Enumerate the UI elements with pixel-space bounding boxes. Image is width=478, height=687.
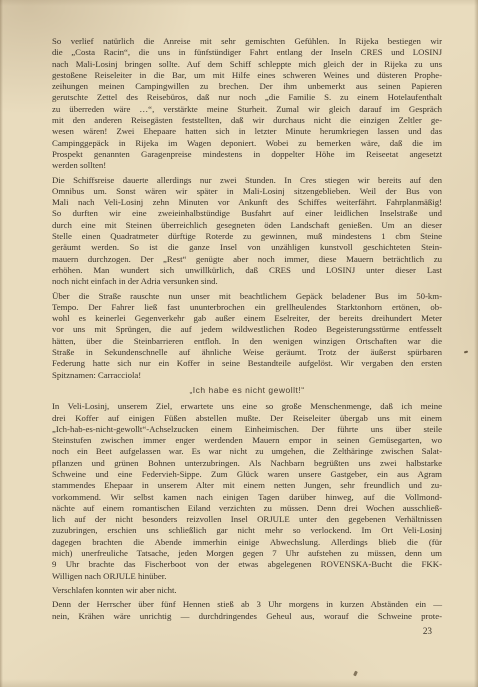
text-line: hätten, über die Steinbarrieren entfloh.… bbox=[52, 336, 442, 347]
text-line: geräumt werden. So ist die ganze Insel v… bbox=[52, 242, 442, 253]
text-line: zu überreden wäre …“, verstärkte meine S… bbox=[52, 104, 442, 115]
book-page: So verlief natürlich die Anreise mit seh… bbox=[0, 0, 478, 687]
text-line: Denn der Herrscher über fünf Hennen stie… bbox=[52, 599, 442, 610]
text-line: Steinstufen zwischen immer enger werdend… bbox=[52, 435, 442, 446]
text-line: In Veli-Losinj, unserem Ziel, erwartete … bbox=[52, 401, 442, 412]
text-line: noch nicht einfach in der Adria versunke… bbox=[52, 276, 442, 287]
text-line: Verschlafen konnten wir aber nicht. bbox=[52, 585, 442, 596]
text-block: So verlief natürlich die Anreise mit seh… bbox=[52, 36, 442, 622]
text-line: noch ein Beet aufgelassen war. Es war ni… bbox=[52, 446, 442, 457]
text-line: zuzubringen, erschien uns schließlich ga… bbox=[52, 525, 442, 536]
paragraph: In Veli-Losinj, unserem Ziel, erwartete … bbox=[52, 401, 442, 582]
section-heading: „Ich habe es nicht gewollt!“ bbox=[52, 385, 442, 396]
text-line: wesen wären! Zwei Ehepaare hatten sich i… bbox=[52, 126, 442, 137]
text-line: „Ich-hab-es-nicht-gewollt“-Achselzucken … bbox=[52, 424, 442, 435]
text-line: pflanzen und grünen Bohnen unterzubringe… bbox=[52, 458, 442, 469]
text-line: Die Schiffsreise dauerte allerdings nur … bbox=[52, 175, 442, 186]
text-line: stammendes Ehepaar in unserem Alter mit … bbox=[52, 480, 442, 491]
paragraph: Die Schiffsreise dauerte allerdings nur … bbox=[52, 175, 442, 288]
paper-speck bbox=[464, 351, 468, 354]
text-line: wohl es keinerlei Gegenverkehr gab außer… bbox=[52, 313, 442, 324]
text-line: Federung hatte sich nur ein Koffer in se… bbox=[52, 358, 442, 369]
text-line: nächte auf einem romantischen Eiland ver… bbox=[52, 503, 442, 514]
paragraph: Verschlafen konnten wir aber nicht. bbox=[52, 585, 442, 596]
text-line: mit den anderen Reisegästen feststellten… bbox=[52, 115, 442, 126]
text-line: Schweine und eine Federvieh-Sippe. Zum G… bbox=[52, 469, 442, 480]
text-line: vor uns mit Sprüngen, die auf jedem wild… bbox=[52, 324, 442, 335]
text-line: nach Mali-Losinj bringen sollte. Auf dem… bbox=[52, 59, 442, 70]
text-line: Campinggepäck in Rijeka im Wagen deponie… bbox=[52, 138, 442, 149]
text-line: zeihungen meinen Campingwillen zu breche… bbox=[52, 81, 442, 92]
paragraph: Über die Straße rauschte nun unser mit b… bbox=[52, 291, 442, 381]
text-line: gestoßene Reiseleiter in die Bar, um mit… bbox=[52, 70, 442, 81]
text-line: Spitznamen: Carracciola! bbox=[52, 370, 442, 381]
text-line: werden sollten! bbox=[52, 160, 442, 171]
paragraph: So verlief natürlich die Anreise mit seh… bbox=[52, 36, 442, 172]
text-line: mauern durchzogen. Der „Rest“ genügte ab… bbox=[52, 254, 442, 265]
text-line: nein, Krähen wäre unrichtig — durchdring… bbox=[52, 611, 442, 622]
text-line: dagegen brachten die Abende immerhin ein… bbox=[52, 537, 442, 548]
text-line: durch eine mit Steinen überreichlich ges… bbox=[52, 220, 442, 231]
text-line: Über die Straße rauschte nun unser mit b… bbox=[52, 291, 442, 302]
text-line: 9 Uhr brachte das Fischerboot von der et… bbox=[52, 559, 442, 570]
paper-speck bbox=[353, 671, 358, 677]
page-number: 23 bbox=[423, 626, 432, 636]
text-line: So verlief natürlich die Anreise mit seh… bbox=[52, 36, 442, 47]
text-line: die „Costa Racin“, die uns in fünfstündi… bbox=[52, 47, 442, 58]
text-line: gerutschte Zettel des Reisebüros, daß nu… bbox=[52, 92, 442, 103]
text-line: Tempo. Der Fahrer ließ fast ununterbroch… bbox=[52, 302, 442, 313]
text-line: Prospekt genannten Garagenpreise mindest… bbox=[52, 149, 442, 160]
text-line: Mali nach Veli-Losinj zehn Minuten vor A… bbox=[52, 197, 442, 208]
text-line: Straße in Sekundenschnelle auf ähnliche … bbox=[52, 347, 442, 358]
text-line: Stelle einen Quadratmeter dürftige Roter… bbox=[52, 231, 442, 242]
text-line: vorkommend. Wir selbst kamen nach einige… bbox=[52, 492, 442, 503]
text-line: mich) unerfreuliche Tatsache, jeden Morg… bbox=[52, 548, 442, 559]
paragraph: Denn der Herrscher über fünf Hennen stie… bbox=[52, 599, 442, 622]
text-line: Omnibus um. Sonst wären wir später in Ma… bbox=[52, 186, 442, 197]
text-line: erhöhen. Man wundert sich unwillkürlich,… bbox=[52, 265, 442, 276]
text-line: lich auf der nicht besonders reizvollen … bbox=[52, 514, 442, 525]
text-line: So durften wir eine zweieinhalbstündige … bbox=[52, 208, 442, 219]
text-line: Willigen nach ORJULE hinüber. bbox=[52, 571, 442, 582]
text-line: drei Koffer auf einigen Füßen abstellen … bbox=[52, 413, 442, 424]
